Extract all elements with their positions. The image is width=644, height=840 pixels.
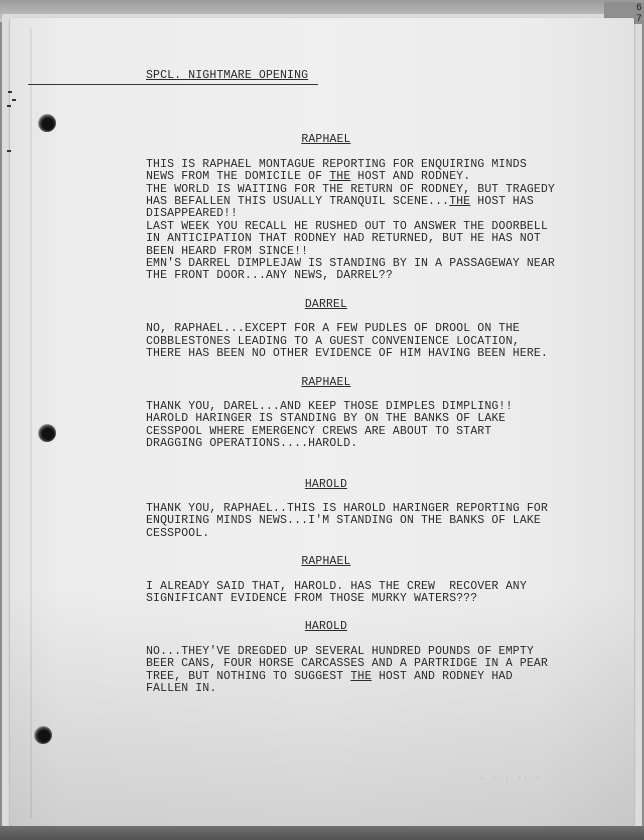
- margin-mark: [8, 91, 12, 93]
- binder-hole-middle-icon: [38, 424, 56, 442]
- dialogue-line: SIGNIFICANT EVIDENCE FROM THOSE MURKY WA…: [146, 593, 586, 605]
- dialogue-line: DRAGGING OPERATIONS....HAROLD.: [146, 438, 586, 450]
- dialogue-line: THERE HAS BEEN NO OTHER EVIDENCE OF HIM …: [146, 348, 586, 360]
- table-edge: [0, 826, 644, 840]
- dialogue-block: HAROLDTHANK YOU, RAPHAEL..THIS IS HAROLD…: [146, 479, 586, 541]
- binder-hole-bottom-icon: [34, 726, 52, 744]
- margin-mark: [12, 99, 16, 101]
- page-title: SPCL. NIGHTMARE OPENING: [146, 70, 586, 82]
- speaker-name: HAROLD: [146, 479, 506, 491]
- dialogue-line: NEWS FROM THE DOMICILE OF THE HOST AND R…: [146, 171, 586, 183]
- dialogue-line: CESSPOOL.: [146, 528, 586, 540]
- dialogue-line: DISAPPEARED!!: [146, 208, 586, 220]
- dialogue-line: FALLEN IN.: [146, 683, 586, 695]
- dialogue-block: RAPHAELTHANK YOU, DAREL...AND KEEP THOSE…: [146, 377, 586, 451]
- dialogue-line: HAROLD HARINGER IS STANDING BY ON THE BA…: [146, 413, 586, 425]
- dialogue-block: HAROLDNO...THEY'VE DREGDED UP SEVERAL HU…: [146, 621, 586, 695]
- binder-hole-top-icon: [38, 114, 56, 132]
- faint-marks: · · · ·· ·: [480, 775, 542, 783]
- dialogue-line: IN ANTICIPATION THAT RODNEY HAD RETURNED…: [146, 233, 586, 245]
- dialogue-blocks: RAPHAELTHIS IS RAPHAEL MONTAGUE REPORTIN…: [146, 134, 586, 695]
- dialogue-line: THE FRONT DOOR...ANY NEWS, DARREL??: [146, 270, 586, 282]
- corner-mark: 7: [636, 15, 642, 25]
- margin-mark: [7, 105, 11, 107]
- page-crease: [30, 28, 32, 818]
- dialogue-block: RAPHAELI ALREADY SAID THAT, HAROLD. HAS …: [146, 556, 586, 605]
- corner-mark: 6: [636, 4, 642, 14]
- dialogue-line: ENQUIRING MINDS NEWS...I'M STANDING ON T…: [146, 515, 586, 527]
- dialogue-block: RAPHAELTHIS IS RAPHAEL MONTAGUE REPORTIN…: [146, 134, 586, 282]
- margin-mark: [7, 150, 11, 152]
- dialogue-line: NO, RAPHAEL...EXCEPT FOR A FEW PUDLES OF…: [146, 323, 586, 335]
- dialogue-block: DARRELNO, RAPHAEL...EXCEPT FOR A FEW PUD…: [146, 299, 586, 361]
- speaker-name: RAPHAEL: [146, 134, 506, 146]
- speaker-name: RAPHAEL: [146, 556, 506, 568]
- speaker-name: DARREL: [146, 299, 506, 311]
- script-body: SPCL. NIGHTMARE OPENING RAPHAELTHIS IS R…: [146, 70, 586, 695]
- speaker-name: HAROLD: [146, 621, 506, 633]
- speaker-name: RAPHAEL: [146, 377, 506, 389]
